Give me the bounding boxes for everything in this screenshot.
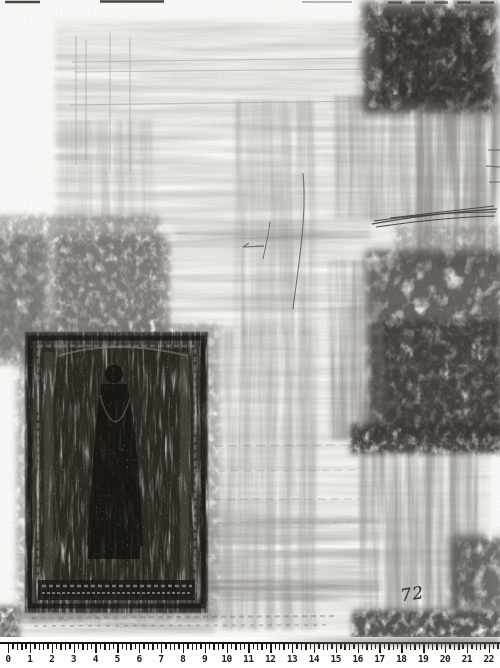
- ruler-tick: [205, 644, 206, 653]
- measuring-ruler: 012345678910111213141516171819202122: [0, 637, 500, 668]
- ruler-label: 10: [221, 654, 231, 665]
- ruler-tick: [135, 644, 136, 649]
- ruler-tick: [454, 644, 455, 650]
- ruler-tick: [196, 644, 197, 650]
- ruler-tick: [445, 644, 446, 653]
- ruler-tick: [8, 644, 9, 653]
- ruler-tick: [126, 644, 127, 650]
- ruler-tick: [178, 644, 179, 649]
- ruler-tick: [218, 644, 219, 650]
- ruler-tick: [318, 644, 319, 649]
- ruler-tick: [310, 644, 311, 649]
- ruler-label: 11: [243, 654, 253, 665]
- ruler-tick: [39, 644, 40, 650]
- ruler-label: 2: [49, 654, 54, 665]
- ruler-tick: [148, 644, 149, 650]
- ruler-tick: [213, 644, 214, 650]
- ruler-tick: [200, 644, 201, 649]
- ruler-tick: [122, 644, 123, 649]
- ruler-tick: [476, 644, 477, 650]
- ruler-tick: [340, 644, 341, 649]
- ruler-tick: [283, 644, 284, 650]
- ruler-tick: [441, 644, 442, 649]
- plaque-rubbing: [16, 323, 220, 621]
- scanned-rubbing-page: 72 012345678910111213141516171819202122: [0, 0, 500, 668]
- ruler-tick: [489, 644, 490, 653]
- striation-band-bottom-center: [205, 580, 380, 602]
- ruler-tick: [384, 644, 385, 649]
- ruler-tick: [266, 644, 267, 649]
- speckle-top-right: [355, 0, 500, 120]
- ruler-tick: [69, 644, 70, 649]
- ruler-tick: [17, 644, 18, 650]
- ruler-tick: [270, 644, 271, 653]
- ruler-tick: [222, 644, 223, 649]
- ruler-tick: [43, 644, 44, 650]
- ruler-tick: [91, 644, 92, 649]
- ruler-label: 14: [309, 654, 319, 665]
- ruler-tick: [375, 644, 376, 649]
- ruler-tick: [130, 644, 131, 650]
- ruler-tick: [414, 644, 415, 650]
- ruler-tick: [279, 644, 280, 650]
- ruler-tick: [393, 644, 394, 650]
- ruler-tick: [143, 644, 144, 649]
- ruler-tick: [183, 644, 184, 653]
- dark-band-bottom-right: [352, 610, 500, 640]
- ruler-tick: [257, 644, 258, 650]
- ruler-tick: [209, 644, 210, 649]
- ruler-tick: [52, 644, 53, 653]
- ruler-tick: [187, 644, 188, 649]
- ruler-tick: [362, 644, 363, 649]
- ruler-tick: [113, 644, 114, 649]
- ruler-tick: [56, 644, 57, 649]
- ruler-label: 19: [418, 654, 428, 665]
- ruler-tick: [12, 644, 13, 649]
- ruler-tick: [497, 644, 498, 649]
- ruler-tick: [25, 644, 26, 649]
- ruler-tick: [410, 644, 411, 650]
- ruler-ticks: 012345678910111213141516171819202122: [0, 637, 500, 668]
- ruler-tick: [227, 644, 228, 653]
- ruler-tick: [261, 644, 262, 650]
- ruler-tick: [484, 644, 485, 649]
- ruler-tick: [388, 644, 389, 650]
- ruler-tick: [161, 644, 162, 653]
- ruler-tick: [109, 644, 110, 650]
- ruler-tick: [82, 644, 83, 650]
- ruler-tick: [358, 644, 359, 653]
- ruler-tick: [331, 644, 332, 649]
- ruler-label: 7: [158, 654, 163, 665]
- ruler-label: 4: [93, 654, 98, 665]
- ruler-tick: [379, 644, 380, 653]
- speckle-right-middle: [360, 245, 500, 445]
- wash-bottom-center: [205, 515, 380, 590]
- ruler-tick: [467, 644, 468, 653]
- ruler-tick: [244, 644, 245, 649]
- ruler-tick: [301, 644, 302, 650]
- ruler-tick: [292, 644, 293, 653]
- ruler-tick: [344, 644, 345, 650]
- ruler-label: 16: [352, 654, 362, 665]
- ruler-tick: [428, 644, 429, 649]
- ruler-tick: [87, 644, 88, 650]
- ruler-tick: [462, 644, 463, 649]
- ruler-tick: [397, 644, 398, 649]
- ruler-tick: [95, 644, 96, 653]
- rubbing-artwork: [0, 0, 500, 668]
- ruler-tick: [288, 644, 289, 649]
- ruler-tick: [174, 644, 175, 650]
- ruler-label: 9: [202, 654, 207, 665]
- ruler-tick: [323, 644, 324, 650]
- ruler-tick: [60, 644, 61, 650]
- plaque-speckle: [25, 332, 208, 613]
- ruler-tick: [165, 644, 166, 649]
- ruler-tick: [366, 644, 367, 650]
- ruler-tick: [170, 644, 171, 650]
- ruler-label: 20: [440, 654, 450, 665]
- ruler-tick: [353, 644, 354, 649]
- ruler-label: 21: [462, 654, 472, 665]
- ruler-label: 0: [5, 654, 10, 665]
- ruler-label: 5: [115, 654, 120, 665]
- ruler-tick: [192, 644, 193, 650]
- ruler-label: 17: [374, 654, 384, 665]
- ruler-tick: [139, 644, 140, 653]
- ruler-tick: [235, 644, 236, 650]
- ruler-tick: [406, 644, 407, 649]
- ruler-tick: [314, 644, 315, 653]
- ruler-label: 18: [396, 654, 406, 665]
- ruler-tick: [419, 644, 420, 649]
- ruler-tick: [305, 644, 306, 650]
- ruler-tick: [253, 644, 254, 649]
- ruler-tick: [74, 644, 75, 653]
- ruler-label: 12: [265, 654, 275, 665]
- ruler-label: 22: [483, 654, 493, 665]
- ruler-label: 6: [136, 654, 141, 665]
- ruler-label: 15: [331, 654, 341, 665]
- ruler-tick: [458, 644, 459, 650]
- ruler-tick: [327, 644, 328, 650]
- ruler-tick: [296, 644, 297, 649]
- ruler-tick: [157, 644, 158, 649]
- ruler-tick: [401, 644, 402, 653]
- ruler-tick: [34, 644, 35, 649]
- ruler-tick: [436, 644, 437, 650]
- ruler-label: 1: [27, 654, 32, 665]
- ruler-tick: [432, 644, 433, 650]
- ruler-tick: [493, 644, 494, 649]
- ruler-tick: [275, 644, 276, 649]
- ruler-tick: [30, 644, 31, 653]
- ruler-tick: [231, 644, 232, 649]
- ruler-tick: [78, 644, 79, 649]
- ruler-label: 13: [287, 654, 297, 665]
- ruler-tick: [47, 644, 48, 649]
- ruler-tick: [449, 644, 450, 649]
- ruler-tick: [349, 644, 350, 650]
- ruler-tick: [21, 644, 22, 650]
- ruler-tick: [152, 644, 153, 650]
- ruler-tick: [423, 644, 424, 653]
- ruler-label: 3: [71, 654, 76, 665]
- ruler-tick: [240, 644, 241, 650]
- ruler-tick: [471, 644, 472, 649]
- ruler-tick: [248, 644, 249, 653]
- ruler-tick: [117, 644, 118, 653]
- charcoal-blob-right-lower: [450, 535, 500, 611]
- ruler-tick: [371, 644, 372, 650]
- ruler-tick: [65, 644, 66, 650]
- ruler-tick: [480, 644, 481, 650]
- ruler-label: 8: [180, 654, 185, 665]
- ruler-tick: [104, 644, 105, 650]
- ruler-tick: [336, 644, 337, 653]
- ruler-tick: [100, 644, 101, 649]
